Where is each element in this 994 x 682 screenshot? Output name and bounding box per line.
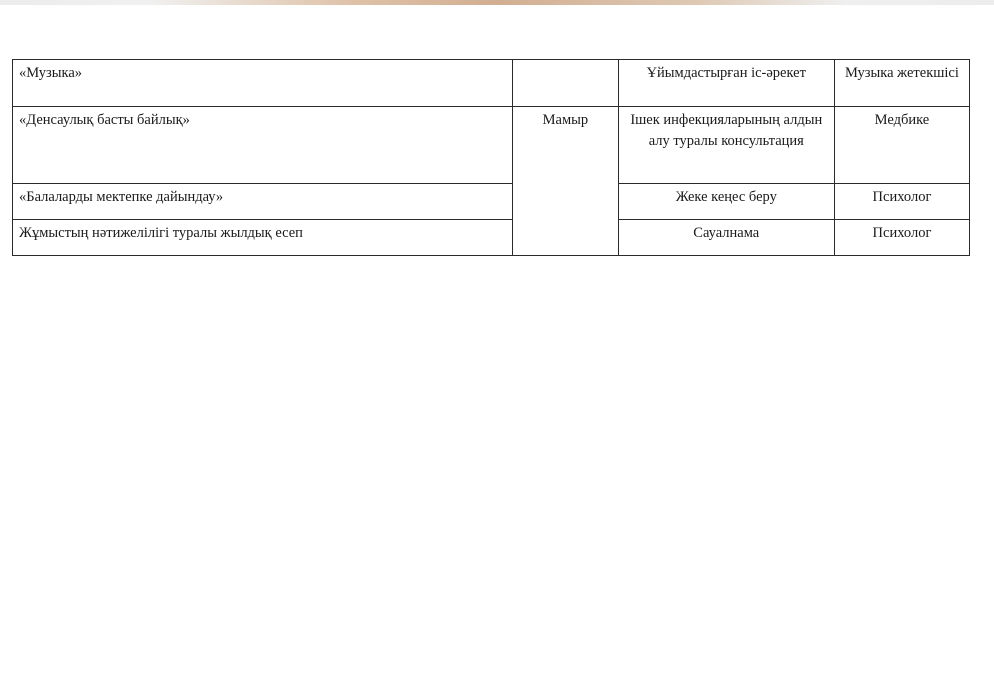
form-cell: Ұйымдастырған іс-әрекет xyxy=(618,60,834,107)
topic-text: «Балаларды мектепке дайындау» xyxy=(19,187,223,208)
topic-text: «Денсаулық басты байлық» xyxy=(19,110,190,131)
topic-text: «Музыка» xyxy=(19,63,82,84)
table-row: «Балаларды мектепке дайындау» Жеке кеңес… xyxy=(13,184,970,220)
month-cell: Мамыр xyxy=(513,107,619,256)
scan-edge-strip xyxy=(0,0,994,5)
topic-cell: «Денсаулық басты байлық» xyxy=(13,107,513,184)
table-row: Жұмыстың нәтижелілігі туралы жылдық есеп… xyxy=(13,220,970,256)
month-cell xyxy=(513,60,619,107)
topic-text: Жұмыстың нәтижелілігі туралы жылдық есеп xyxy=(19,223,303,244)
form-cell: Жеке кеңес беру xyxy=(618,184,834,220)
topic-cell: Жұмыстың нәтижелілігі туралы жылдық есеп xyxy=(13,220,513,256)
responsible-cell: Психолог xyxy=(834,220,969,256)
form-cell: Ішек инфекцияларының алдын алу туралы ко… xyxy=(618,107,834,184)
table-row: «Музыка» Ұйымдастырған іс-әрекет Музыка … xyxy=(13,60,970,107)
responsible-cell: Музыка жетекшісі xyxy=(834,60,969,107)
responsible-cell: Психолог xyxy=(834,184,969,220)
table-row: «Денсаулық басты байлық» Мамыр Ішек инфе… xyxy=(13,107,970,184)
form-cell: Сауалнама xyxy=(618,220,834,256)
topic-cell: «Музыка» xyxy=(13,60,513,107)
responsible-cell: Медбике xyxy=(834,107,969,184)
events-table: «Музыка» Ұйымдастырған іс-әрекет Музыка … xyxy=(12,59,970,256)
topic-cell: «Балаларды мектепке дайындау» xyxy=(13,184,513,220)
